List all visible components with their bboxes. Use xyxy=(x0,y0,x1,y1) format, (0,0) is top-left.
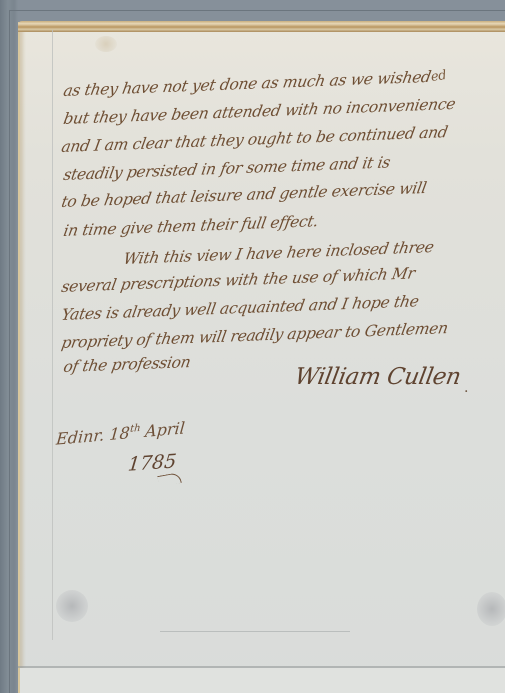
foxing-stain xyxy=(95,36,117,52)
foxing-stain xyxy=(477,592,505,626)
gilt-page-edge xyxy=(18,21,505,32)
paper-crease xyxy=(160,631,350,632)
day-suffix: th xyxy=(130,423,141,435)
year: 1785 xyxy=(127,450,178,476)
signature: William Cullen xyxy=(293,364,463,390)
backdrop-edge-line xyxy=(9,10,505,11)
margin-rule xyxy=(52,30,53,640)
day: 18 xyxy=(109,423,131,444)
foxing-stain xyxy=(56,590,88,622)
lower-leaf xyxy=(20,668,505,693)
signature-mark: . xyxy=(464,380,468,396)
backdrop-edge-line-vertical xyxy=(9,10,10,693)
interlinear-insertion: ed xyxy=(430,68,447,85)
month: April xyxy=(144,418,185,441)
